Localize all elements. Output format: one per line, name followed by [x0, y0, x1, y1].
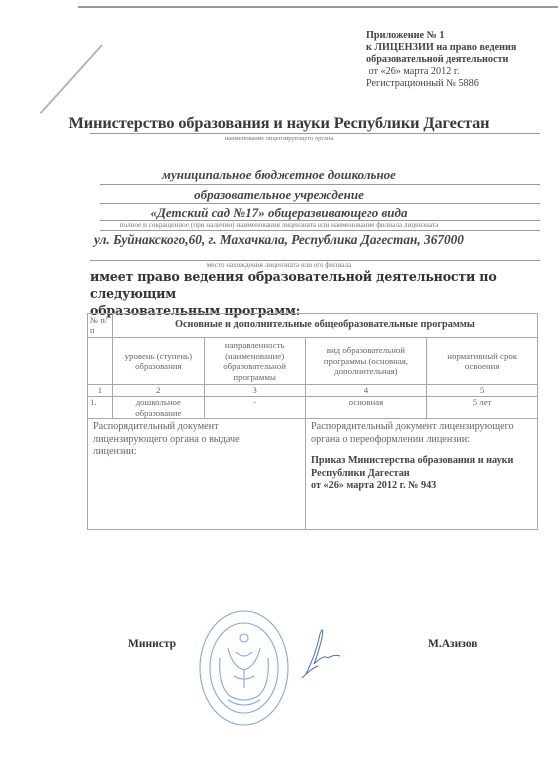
official-seal-icon — [198, 608, 290, 728]
appendix-activity: образовательной деятельности — [366, 54, 516, 66]
column-number: 1 — [88, 385, 113, 397]
scan-page-corner — [40, 44, 103, 114]
column-number: 3 — [204, 385, 305, 397]
num-subheader-empty — [88, 338, 113, 385]
signature-mark — [298, 624, 346, 680]
rights-statement: имеет право ведения образовательной деят… — [90, 268, 558, 319]
licensor-caption: наименование лицензирующего органа — [0, 135, 558, 142]
licensee-line-3: «Детский сад №17» общеразвивающего вида — [0, 205, 558, 221]
licensee-line-1: муниципальное бюджетное дошкольное — [0, 167, 558, 183]
reissue-order: Приказ Министерства образования и науки … — [311, 455, 532, 493]
order-line-2: Республики Дагестан — [311, 468, 532, 481]
issue-document-cell: Распорядительный документ лицензирующего… — [88, 415, 306, 529]
column-header: направленность (наименование) образовате… — [204, 338, 305, 385]
rights-line-1: имеет право ведения образовательной деят… — [90, 268, 558, 302]
column-number: 4 — [305, 385, 427, 397]
documents-section: Распорядительный документ лицензирующего… — [87, 415, 538, 530]
order-line-1: Приказ Министерства образования и науки — [311, 455, 532, 468]
licensee-address: ул. Буйнакского,60, г. Махачкала, Респуб… — [0, 232, 558, 248]
column-number: 5 — [427, 385, 538, 397]
appendix-license-ref: к ЛИЦЕНЗИИ на право ведения — [366, 42, 516, 54]
column-header: уровень (ступень) образования — [112, 338, 204, 385]
reissue-document-label: Распорядительный документ лицензирующего… — [311, 421, 532, 446]
order-line-3: от «26» марта 2012 г. № 943 — [311, 480, 532, 493]
licensee-line-2: образовательное учреждение — [0, 187, 558, 203]
column-number: 2 — [112, 385, 204, 397]
licensee-underline-2 — [100, 203, 540, 204]
appendix-date: от «26» марта 2012 г. — [366, 66, 516, 78]
signatory-name: М.Азизов — [428, 638, 478, 650]
licensee-name-caption: полное и сокращенное (при наличии) наиме… — [0, 221, 558, 229]
licensor-name: Министерство образования и науки Республ… — [0, 113, 558, 133]
licensor-underline — [90, 133, 540, 134]
appendix-number: Приложение № 1 — [366, 30, 516, 42]
appendix-header: Приложение № 1 к ЛИЦЕНЗИИ на право веден… — [366, 30, 516, 90]
licensee-underline-1 — [100, 184, 540, 185]
reissue-document-cell: Распорядительный документ лицензирующего… — [306, 415, 537, 529]
signatory-position: Министр — [128, 638, 176, 650]
column-header: нормативный срок освоения — [427, 338, 538, 385]
column-header: вид образовательной программы (основная,… — [305, 338, 427, 385]
num-header: № п/п — [88, 314, 113, 338]
programs-table: № п/п Основные и дополнительные общеобра… — [87, 313, 538, 419]
scan-page-edge — [78, 6, 558, 8]
group-header: Основные и дополнительные общеобразовате… — [112, 314, 537, 338]
issue-document-label: Распорядительный документ лицензирующего… — [93, 421, 263, 459]
appendix-reg-number: Регистрационный № 5886 — [366, 78, 516, 90]
address-topline — [100, 230, 540, 231]
